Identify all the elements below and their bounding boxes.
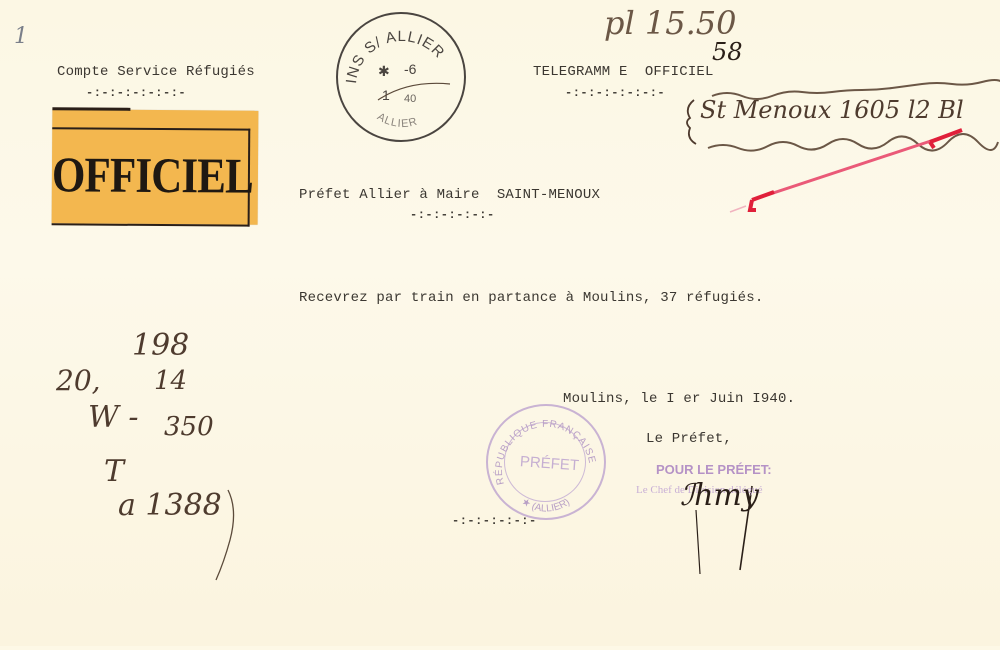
prefet-official-stamp: RÉPUBLIQUE FRANÇAISE ★ (ALLIER) ★ PRÉFET [486,404,606,520]
ink-marks-icon [0,0,1008,650]
telegram-page: 1 Compte Service Réfugiés -:-:-:-:-:-:- … [0,0,1000,646]
place-date: Moulins, le I er Juin I940. [563,391,795,407]
message-body: Recevrez par train en partance à Moulins… [299,290,763,306]
delegation-stamp-line1: POUR LE PRÉFET: [656,462,772,477]
margin-note-t: T [104,454,124,489]
margin-note-198: 198 [132,328,189,363]
margin-note-20: 20, [56,364,101,397]
signature: ℐhmy [680,478,759,513]
addressee-separator: -:-:-:-:-:- [410,208,495,222]
svg-text:RÉPUBLIQUE FRANÇAISE: RÉPUBLIQUE FRANÇAISE [492,419,598,486]
addressee-line: Préfet Allier à Maire SAINT-MENOUX [299,187,600,203]
margin-note-a1388: a 1388 [118,488,222,523]
margin-note-w: W - [88,400,139,435]
stamp-ring-text-icon: RÉPUBLIQUE FRANÇAISE ★ (ALLIER) ★ PRÉFET [488,406,604,518]
closing-separator: -:-:-:-:-:- [452,514,537,528]
page-edge [1000,0,1008,650]
margin-note-350: 350 [164,412,214,442]
margin-note-14: 14 [154,366,187,396]
signatory-title: Le Préfet, [646,431,732,447]
svg-text:PRÉFET: PRÉFET [519,453,579,474]
